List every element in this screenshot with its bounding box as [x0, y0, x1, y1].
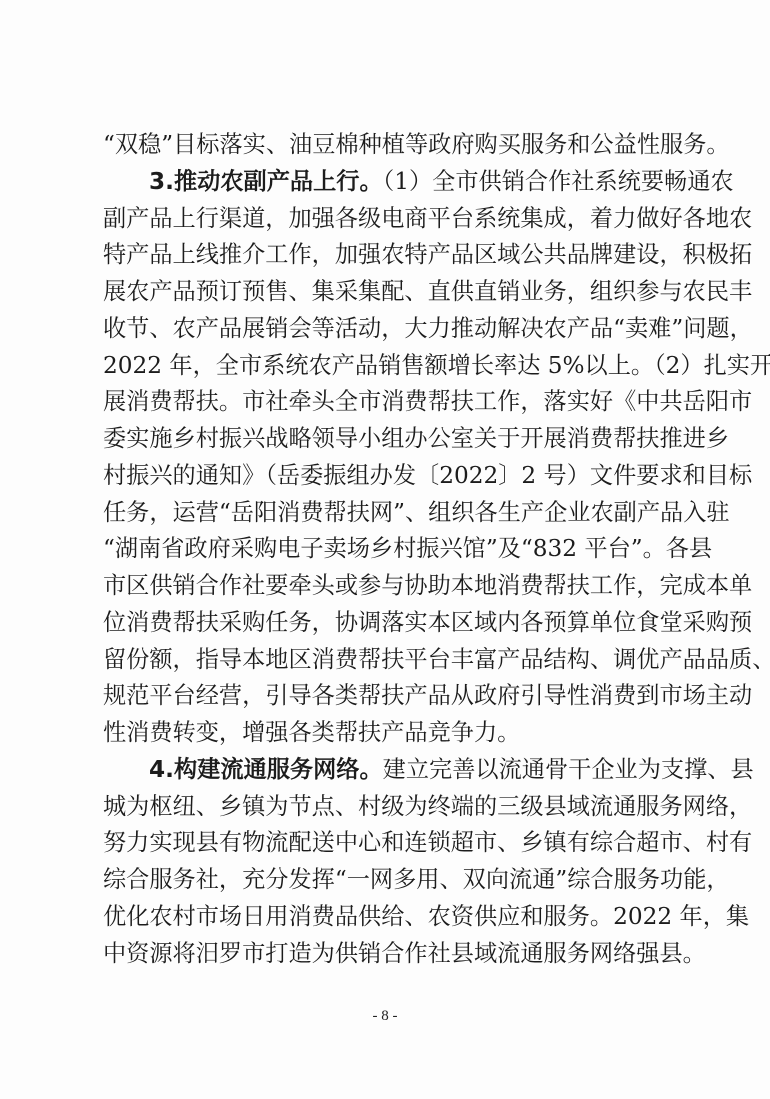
- section-heading: 4.构建流通服务网络。: [149, 756, 383, 783]
- text-line: “双稳”目标落实、油豆棉种植等政府购买服务和公益性服务。: [103, 127, 691, 164]
- text-line: 优化农村市场日用消费品供给、农资供应和服务。2022 年，集: [103, 899, 691, 936]
- line-text: 建立完善以流通骨干企业为支撑、县: [383, 756, 754, 783]
- line-text: 市区供销合作社要牵头或参与协助本地消费帮扶工作，完成本单: [103, 572, 752, 599]
- line-text: 副产品上行渠道，加强各级电商平台系统集成，着力做好各地农: [103, 205, 752, 232]
- line-text: 综合服务社，充分发挥“一网多用、双向流通”综合服务功能，: [103, 866, 730, 893]
- text-line: 位消费帮扶采购任务，协调落实本区域内各预算单位食堂采购预: [103, 605, 691, 642]
- text-line: 收节、农产品展销会等活动，大力推动解决农产品“卖难”问题，: [103, 311, 691, 348]
- text-line: 性消费转变，增强各类帮扶产品竞争力。: [103, 715, 691, 752]
- line-text: 任务，运营“岳阳消费帮扶网”、组织各生产企业农副产品入驻: [103, 499, 730, 526]
- text-line: 城为枢纽、乡镇为节点、村级为终端的三级县域流通服务网络，: [103, 789, 691, 826]
- section-heading-line: 3.推动农副产品上行。（1）全市供销合作社系统要畅通农: [103, 164, 691, 201]
- text-line: 展消费帮扶。市社牵头全市消费帮扶工作，落实好《中共岳阳市: [103, 384, 691, 421]
- line-text: 性消费转变，增强各类帮扶产品竞争力。: [103, 719, 520, 746]
- line-text: 村振兴的通知》（岳委振组办发〔2022〕2 号）文件要求和目标: [103, 462, 752, 489]
- text-line: 副产品上行渠道，加强各级电商平台系统集成，着力做好各地农: [103, 201, 691, 238]
- text-line: 市区供销合作社要牵头或参与协助本地消费帮扶工作，完成本单: [103, 568, 691, 605]
- line-text: 2022 年，全市系统农产品销售额增长率达 5%以上。（2）扎实开: [103, 352, 770, 379]
- text-line: 2022 年，全市系统农产品销售额增长率达 5%以上。（2）扎实开: [103, 348, 691, 385]
- text-line: 展农产品预订预售、集采集配、直供直销业务，组织参与农民丰: [103, 274, 691, 311]
- text-line: “湖南省政府采购电子卖场乡村振兴馆”及“832 平台”。各县: [103, 531, 691, 568]
- line-text: 中资源将汨罗市打造为供销合作社县域流通服务网络强县。: [103, 940, 706, 967]
- line-text: 位消费帮扶采购任务，协调落实本区域内各预算单位食堂采购预: [103, 609, 752, 636]
- section-heading-line: 4.构建流通服务网络。建立完善以流通骨干企业为支撑、县: [103, 752, 691, 789]
- line-text: “湖南省政府采购电子卖场乡村振兴馆”及“832 平台”。各县: [103, 535, 712, 562]
- line-text: 城为枢纽、乡镇为节点、村级为终端的三级县域流通服务网络，: [103, 793, 752, 820]
- text-line: 留份额，指导本地区消费帮扶平台丰富产品结构、调优产品品质、: [103, 642, 691, 679]
- document-body: “双稳”目标落实、油豆棉种植等政府购买服务和公益性服务。3.推动农副产品上行。（…: [103, 127, 691, 972]
- line-text: 展消费帮扶。市社牵头全市消费帮扶工作，落实好《中共岳阳市: [103, 388, 752, 415]
- text-line: 村振兴的通知》（岳委振组办发〔2022〕2 号）文件要求和目标: [103, 458, 691, 495]
- text-line: 特产品上线推介工作，加强农特产品区域公共品牌建设，积极拓: [103, 237, 691, 274]
- line-text: 留份额，指导本地区消费帮扶平台丰富产品结构、调优产品品质、: [103, 646, 770, 673]
- line-text: 特产品上线推介工作，加强农特产品区域公共品牌建设，积极拓: [103, 241, 752, 268]
- text-line: 中资源将汨罗市打造为供销合作社县域流通服务网络强县。: [103, 936, 691, 973]
- line-text: 努力实现县有物流配送中心和连锁超市、乡镇有综合超市、村有: [103, 829, 752, 856]
- text-line: 规范平台经营，引导各类帮扶产品从政府引导性消费到市场主动: [103, 678, 691, 715]
- text-line: 综合服务社，充分发挥“一网多用、双向流通”综合服务功能，: [103, 862, 691, 899]
- section-heading: 3.推动农副产品上行。: [149, 168, 383, 195]
- line-text: （1）全市供销合作社系统要畅通农: [383, 168, 734, 195]
- line-text: 展农产品预订预售、集采集配、直供直销业务，组织参与农民丰: [103, 278, 752, 305]
- line-text: “双稳”目标落实、油豆棉种植等政府购买服务和公益性服务。: [103, 131, 730, 158]
- line-text: 收节、农产品展销会等活动，大力推动解决农产品“卖难”问题，: [103, 315, 753, 342]
- line-text: 优化农村市场日用消费品供给、农资供应和服务。2022 年，集: [103, 903, 749, 930]
- line-text: 规范平台经营，引导各类帮扶产品从政府引导性消费到市场主动: [103, 682, 752, 709]
- text-line: 委实施乡村振兴战略领导小组办公室关于开展消费帮扶推进乡: [103, 421, 691, 458]
- text-line: 努力实现县有物流配送中心和连锁超市、乡镇有综合超市、村有: [103, 825, 691, 862]
- text-line: 任务，运营“岳阳消费帮扶网”、组织各生产企业农副产品入驻: [103, 495, 691, 532]
- document-page: “双稳”目标落实、油豆棉种植等政府购买服务和公益性服务。3.推动农副产品上行。（…: [0, 0, 770, 1099]
- page-number: - 8 -: [0, 1008, 770, 1025]
- line-text: 委实施乡村振兴战略领导小组办公室关于开展消费帮扶推进乡: [103, 425, 729, 452]
